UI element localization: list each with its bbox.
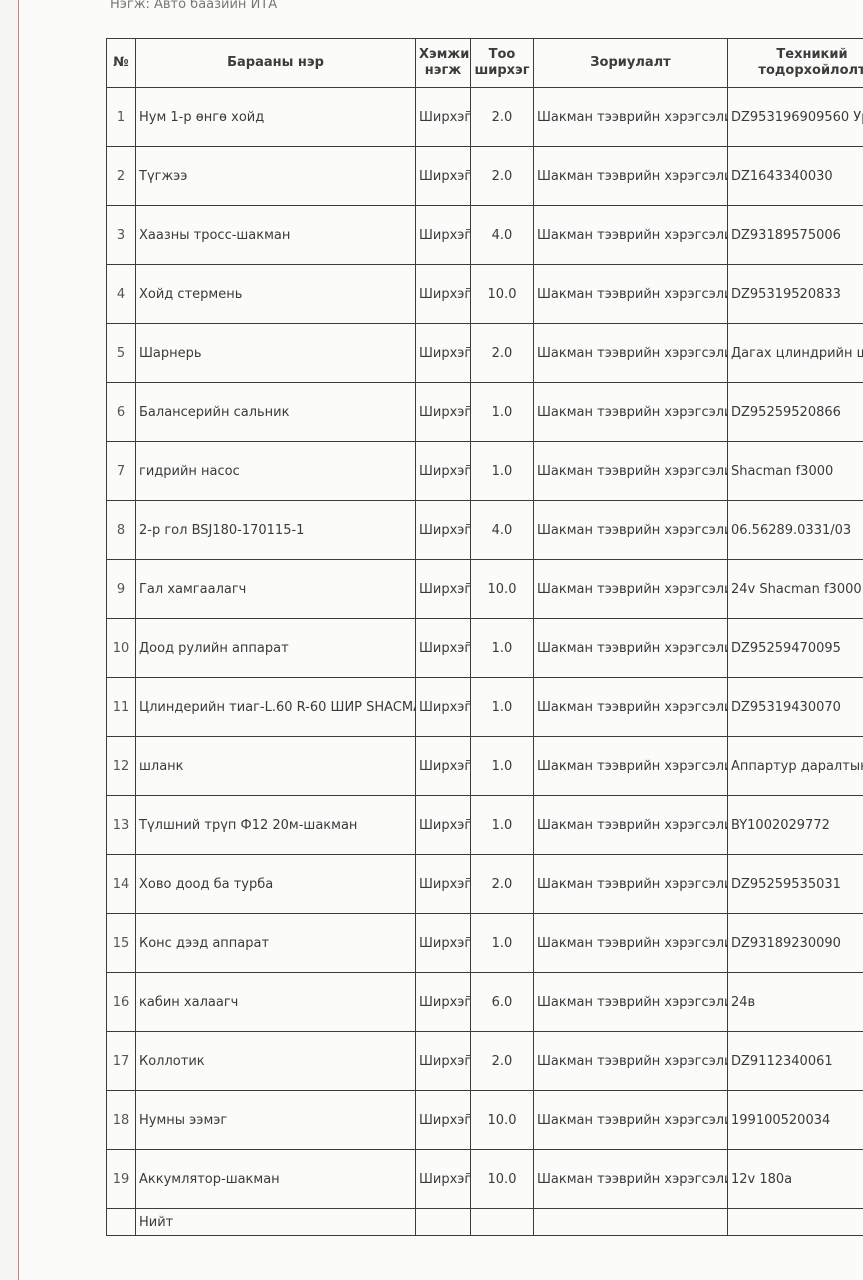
item-unit: Ширхэг: [416, 442, 471, 501]
item-purpose: Шакман тээврийн хэрэгсэлийн засвар үйлчи…: [534, 737, 728, 796]
item-purpose: Шакман тээврийн хэрэгсэлийн засвар үйлчи…: [534, 914, 728, 973]
item-tech-spec: DZ9112340061: [728, 1032, 863, 1091]
item-name: Коллотик: [136, 1032, 416, 1091]
item-quantity: 2.0: [471, 88, 534, 147]
item-tech-spec: DZ95259535031: [728, 855, 863, 914]
item-tech-spec: DZ95319430070: [728, 678, 863, 737]
item-name: Нум 1-р өнгө хойд: [136, 88, 416, 147]
item-name: Гал хамгаалагч: [136, 560, 416, 619]
item-purpose: Шакман тээврийн хэрэгсэлийн засвар үйлчи…: [534, 1150, 728, 1209]
header-name: Барааны нэр: [136, 39, 416, 88]
row-number: 18: [107, 1091, 136, 1150]
item-unit: Ширхэг: [416, 678, 471, 737]
item-name: Хово доод ба турба: [136, 855, 416, 914]
table-row: 18Нумны ээмэгШирхэг10.0Шакман тээврийн х…: [107, 1091, 863, 1150]
table-row: 3Хаазны тросс-шакманШирхэг4.0Шакман тээв…: [107, 206, 863, 265]
item-unit: Ширхэг: [416, 265, 471, 324]
row-number: 7: [107, 442, 136, 501]
item-purpose: Шакман тээврийн хэрэгсэлийн засвар үйлчи…: [534, 265, 728, 324]
table-row: 12шланкШирхэг1.0Шакман тээврийн хэрэгсэл…: [107, 737, 863, 796]
item-unit: Ширхэг: [416, 501, 471, 560]
item-quantity: 10.0: [471, 560, 534, 619]
item-purpose: Шакман тээврийн хэрэгсэлийн засвар үйлчи…: [534, 88, 728, 147]
item-name: Балансерийн сальник: [136, 383, 416, 442]
table-row: 11Цлиндерийн тиаг-L.60 R-60 ШИР SHACMAN …: [107, 678, 863, 737]
item-quantity: 1.0: [471, 442, 534, 501]
row-number: 1: [107, 88, 136, 147]
item-purpose: Шакман тээврийн хэрэгсэлийн засвар үйлчи…: [534, 324, 728, 383]
item-tech-spec: 06.56289.0331/03: [728, 501, 863, 560]
item-tech-spec: DZ95319520833: [728, 265, 863, 324]
total-label: Нийт: [136, 1209, 416, 1236]
item-purpose: Шакман тээврийн хэрэгсэлийн засвар үйлчи…: [534, 501, 728, 560]
table-row: 4Хойд стерменьШирхэг10.0Шакман тээврийн …: [107, 265, 863, 324]
header-purpose: Зориулалт: [534, 39, 728, 88]
item-tech-spec: Дагах цлиндрийн шарнерын суурь Shacman f…: [728, 324, 863, 383]
item-tech-spec: 24v Shacman f3000: [728, 560, 863, 619]
row-number: 11: [107, 678, 136, 737]
table-body: 1Нум 1-р өнгө хойдШирхэг2.0Шакман тээври…: [107, 88, 863, 1236]
row-number: 17: [107, 1032, 136, 1091]
row-number: 14: [107, 855, 136, 914]
item-name: Доод рулийн аппарат: [136, 619, 416, 678]
item-purpose: Шакман тээврийн хэрэгсэлийн засвар үйлчи…: [534, 383, 728, 442]
row-number: 10: [107, 619, 136, 678]
item-tech-spec: BY1002029772: [728, 796, 863, 855]
item-quantity: 10.0: [471, 265, 534, 324]
item-quantity: 1.0: [471, 737, 534, 796]
item-tech-spec: 12v 180a: [728, 1150, 863, 1209]
item-name: Түлшний трүп Ф12 20м-шакман: [136, 796, 416, 855]
table-row: 19Аккумлятор-шакманШирхэг10.0Шакман тээв…: [107, 1150, 863, 1209]
item-unit: Ширхэг: [416, 88, 471, 147]
row-number: 3: [107, 206, 136, 265]
item-tech-spec: DZ93189230090: [728, 914, 863, 973]
row-number: 19: [107, 1150, 136, 1209]
total-no-cell: [107, 1209, 136, 1236]
item-purpose: Шакман тээврийн хэрэгсэлийн засвар үйлчи…: [534, 560, 728, 619]
item-unit: Ширхэг: [416, 1150, 471, 1209]
table-row: 1Нум 1-р өнгө хойдШирхэг2.0Шакман тээври…: [107, 88, 863, 147]
row-number: 6: [107, 383, 136, 442]
item-unit: Ширхэг: [416, 796, 471, 855]
item-purpose: Шакман тээврийн хэрэгсэлийн засвар үйлчи…: [534, 619, 728, 678]
document-title: Нэгж: Авто баазийн ИТА: [110, 0, 277, 12]
item-quantity: 2.0: [471, 324, 534, 383]
item-unit: Ширхэг: [416, 914, 471, 973]
item-purpose: Шакман тээврийн хэрэгсэлийн засвар үйлчи…: [534, 678, 728, 737]
row-number: 5: [107, 324, 136, 383]
header-qty: Тоо ширхэг: [471, 39, 534, 88]
item-name: кабин халаагч: [136, 973, 416, 1032]
table-row: 7гидрийн насосШирхэг1.0Шакман тээврийн х…: [107, 442, 863, 501]
item-quantity: 4.0: [471, 501, 534, 560]
row-number: 2: [107, 147, 136, 206]
item-quantity: 2.0: [471, 855, 534, 914]
table-header-row: № Барааны нэр Хэмжих нэгж Тоо ширхэг Зор…: [107, 39, 863, 88]
item-unit: Ширхэг: [416, 973, 471, 1032]
page-left-margin: [0, 0, 19, 1280]
item-unit: Ширхэг: [416, 737, 471, 796]
item-unit: Ширхэг: [416, 206, 471, 265]
item-name: Хаазны тросс-шакман: [136, 206, 416, 265]
item-quantity: 2.0: [471, 147, 534, 206]
item-quantity: 6.0: [471, 973, 534, 1032]
item-unit: Ширхэг: [416, 147, 471, 206]
table-row: 15Конс дээд аппаратШирхэг1.0Шакман тээвр…: [107, 914, 863, 973]
row-number: 4: [107, 265, 136, 324]
total-qty-cell: [471, 1209, 534, 1236]
table-row: 16кабин халаагчШирхэг6.0Шакман тээврийн …: [107, 973, 863, 1032]
header-tech: Техникий тодорхойлолт: [728, 39, 863, 88]
item-purpose: Шакман тээврийн хэрэгсэлийн засвар үйлчи…: [534, 855, 728, 914]
table-row: 9Гал хамгаалагчШирхэг10.0Шакман тээврийн…: [107, 560, 863, 619]
row-number: 12: [107, 737, 136, 796]
item-tech-spec: DZ953196909560 Урт166, өргөн9, зузаан2.5: [728, 88, 863, 147]
item-tech-spec: DZ95259470095: [728, 619, 863, 678]
item-name: Түгжээ: [136, 147, 416, 206]
item-quantity: 4.0: [471, 206, 534, 265]
item-unit: Ширхэг: [416, 619, 471, 678]
item-purpose: Шакман тээврийн хэрэгсэлийн засвар үйлчи…: [534, 1032, 728, 1091]
item-purpose: Шакман тээврийн хэрэгсэлийн засвар үйлчи…: [534, 1091, 728, 1150]
row-number: 16: [107, 973, 136, 1032]
table-row: 10Доод рулийн аппаратШирхэг1.0Шакман тээ…: [107, 619, 863, 678]
item-tech-spec: DZ93189575006: [728, 206, 863, 265]
item-unit: Ширхэг: [416, 560, 471, 619]
table-row: 5ШарнерьШирхэг2.0Шакман тээврийн хэрэгсэ…: [107, 324, 863, 383]
row-number: 8: [107, 501, 136, 560]
header-no: №: [107, 39, 136, 88]
item-quantity: 1.0: [471, 383, 534, 442]
total-row: Нийт: [107, 1209, 863, 1236]
item-name: Аккумлятор-шакман: [136, 1150, 416, 1209]
item-tech-spec: 24в: [728, 973, 863, 1032]
item-name: 2-р гол BSJ180-170115-1: [136, 501, 416, 560]
item-name: Хойд стермень: [136, 265, 416, 324]
item-purpose: Шакман тээврийн хэрэгсэлийн засвар үйлчи…: [534, 206, 728, 265]
item-name: Конс дээд аппарат: [136, 914, 416, 973]
item-name: шланк: [136, 737, 416, 796]
table-row: 14Хово доод ба турбаШирхэг2.0Шакман тээв…: [107, 855, 863, 914]
items-table: № Барааны нэр Хэмжих нэгж Тоо ширхэг Зор…: [106, 38, 863, 1236]
item-tech-spec: DZ95259520866: [728, 383, 863, 442]
item-quantity: 1.0: [471, 796, 534, 855]
item-purpose: Шакман тээврийн хэрэгсэлийн засвар үйлчи…: [534, 796, 728, 855]
item-tech-spec: DZ1643340030: [728, 147, 863, 206]
row-number: 13: [107, 796, 136, 855]
item-purpose: Шакман тээврийн хэрэгсэлийн засвар үйлчи…: [534, 442, 728, 501]
item-quantity: 1.0: [471, 678, 534, 737]
item-unit: Ширхэг: [416, 324, 471, 383]
item-name: Нумны ээмэг: [136, 1091, 416, 1150]
item-name: гидрийн насос: [136, 442, 416, 501]
total-tech-cell: [728, 1209, 863, 1236]
table-row: 6Балансерийн сальникШирхэг1.0Шакман тээв…: [107, 383, 863, 442]
table-row: 2ТүгжээШирхэг2.0Шакман тээврийн хэрэгсэл…: [107, 147, 863, 206]
item-quantity: 10.0: [471, 1150, 534, 1209]
item-name: Шарнерь: [136, 324, 416, 383]
item-quantity: 1.0: [471, 619, 534, 678]
item-purpose: Шакман тээврийн хэрэгсэлийн засвар үйлчи…: [534, 147, 728, 206]
item-quantity: 1.0: [471, 914, 534, 973]
table-row: 13Түлшний трүп Ф12 20м-шакманШирхэг1.0Ша…: [107, 796, 863, 855]
item-tech-spec: Shacman f3000: [728, 442, 863, 501]
item-quantity: 2.0: [471, 1032, 534, 1091]
item-tech-spec: Аппартур даралтын шланк Shacman f3000: [728, 737, 863, 796]
item-quantity: 10.0: [471, 1091, 534, 1150]
item-unit: Ширхэг: [416, 855, 471, 914]
item-unit: Ширхэг: [416, 1032, 471, 1091]
item-unit: Ширхэг: [416, 1091, 471, 1150]
total-unit-cell: [416, 1209, 471, 1236]
row-number: 15: [107, 914, 136, 973]
table-row: 17КоллотикШирхэг2.0Шакман тээврийн хэрэг…: [107, 1032, 863, 1091]
header-unit: Хэмжих нэгж: [416, 39, 471, 88]
item-unit: Ширхэг: [416, 383, 471, 442]
total-purpose-cell: [534, 1209, 728, 1236]
item-purpose: Шакман тээврийн хэрэгсэлийн засвар үйлчи…: [534, 973, 728, 1032]
table-row: 82-р гол BSJ180-170115-1Ширхэг4.0Шакман …: [107, 501, 863, 560]
row-number: 9: [107, 560, 136, 619]
item-name: Цлиндерийн тиаг-L.60 R-60 ШИР SHACMAN LZ…: [136, 678, 416, 737]
item-tech-spec: 199100520034: [728, 1091, 863, 1150]
